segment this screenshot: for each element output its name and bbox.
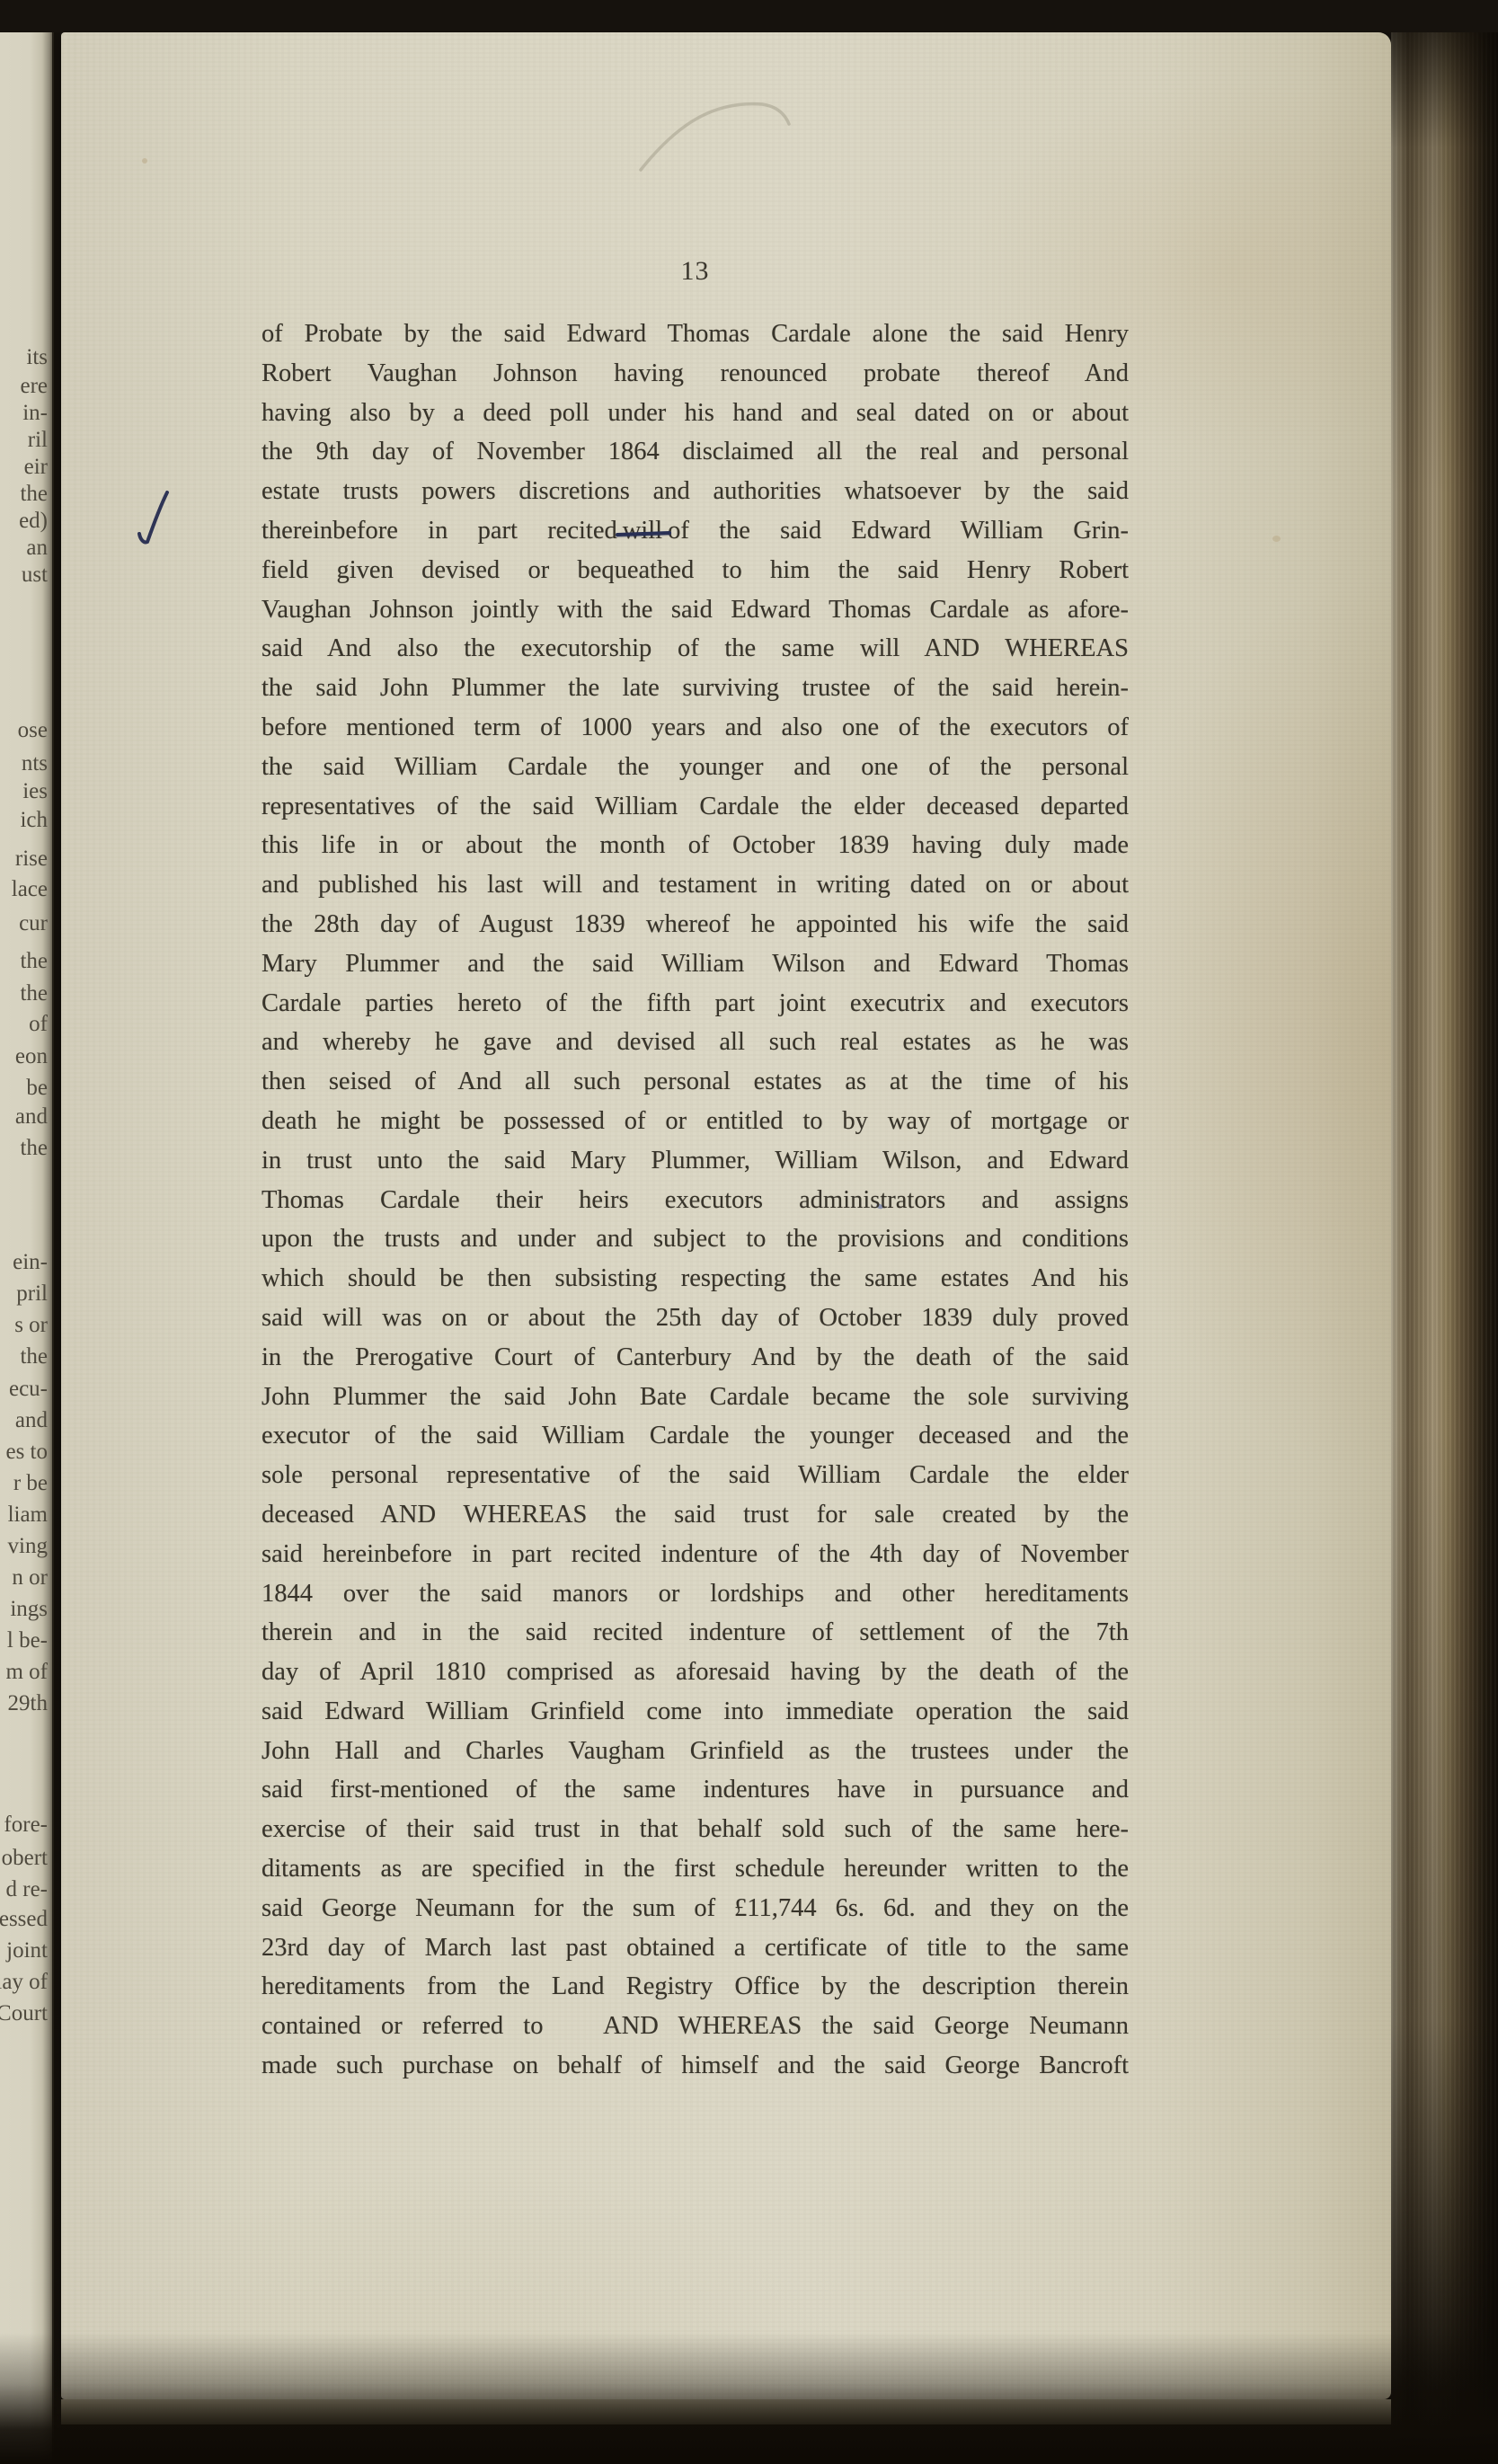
text-line: Mary Plummer and the said William Wilson… [261, 944, 1129, 984]
text-line: field given devised or bequeathed to him… [261, 551, 1129, 590]
margin-fragment: ecu- [9, 1378, 48, 1400]
foxing-dot [142, 158, 147, 164]
margin-fragment: cur [19, 912, 48, 935]
margin-fragment: n or [12, 1566, 48, 1589]
text-line: of Probate by the said Edward Thomas Car… [261, 315, 1129, 354]
text-line: said will was on or about the 25th day o… [261, 1298, 1129, 1338]
margin-fragment: lace [12, 878, 48, 900]
margin-fragment: its [26, 346, 48, 368]
text-line: this life in or about the month of Octob… [261, 826, 1129, 865]
text-line: before mentioned term of 1000 years and … [261, 708, 1129, 748]
text-line: sole personal representative of the said… [261, 1456, 1129, 1495]
text-line: Vaughan Johnson jointly with the said Ed… [261, 590, 1129, 630]
text-line: therein and in the said recited indentur… [261, 1613, 1129, 1653]
text-line: ditaments as are specified in the first … [261, 1849, 1129, 1889]
text-line: said Edward William Grinfield come into … [261, 1692, 1129, 1732]
text-line: John Plummer the said John Bate Cardale … [261, 1378, 1129, 1417]
margin-fragment: lay of [0, 1971, 48, 1993]
text-line: Robert Vaughan Johnson having renounced … [261, 354, 1129, 394]
text-line: day of April 1810 comprised as aforesaid… [261, 1653, 1129, 1692]
text-line: the 28th day of August 1839 whereof he a… [261, 905, 1129, 944]
margin-fragment: rise [15, 847, 48, 870]
margin-fragment: d re- [6, 1878, 49, 1901]
checkmark-ink-mark [135, 489, 174, 554]
text-line: Cardale parties hereto of the fifth part… [261, 984, 1129, 1024]
margin-fragment: the [20, 950, 48, 972]
margin-fragment: nts [22, 752, 48, 775]
text-line: death he might be possessed of or entitl… [261, 1102, 1129, 1141]
margin-fragment: ose [18, 719, 48, 741]
margin-fragment: the [20, 1345, 48, 1368]
margin-fragment: fore- [4, 1813, 48, 1836]
text-line: John Hall and Charles Vaugham Grinfield … [261, 1732, 1129, 1771]
page-number: 13 [261, 255, 1129, 288]
margin-fragment: and [15, 1409, 48, 1431]
margin-fragment: joint [6, 1939, 48, 1962]
text-line: hereditaments from the Land Registry Off… [261, 1967, 1129, 2007]
text-line: Thomas Cardale their heirs executors adm… [261, 1181, 1129, 1220]
text-line: said hereinbefore in part recited indent… [261, 1535, 1129, 1574]
margin-fragment: l be- [7, 1629, 48, 1652]
margin-fragment: essed [0, 1908, 48, 1930]
book-scan: { "document": { "page_number": "13", "ma… [0, 0, 1498, 2464]
text-line: in trust unto the said Mary Plummer, Wil… [261, 1141, 1129, 1181]
text-line: said George Neumann for the sum of £11,7… [261, 1889, 1129, 1928]
text-line: the 9th day of November 1864 disclaimed … [261, 432, 1129, 472]
margin-fragment: of [29, 1013, 48, 1035]
text-line: 1844 over the said manors or lordships a… [261, 1574, 1129, 1614]
text-line: then seised of And all such personal est… [261, 1062, 1129, 1102]
margin-fragment: Court [0, 2002, 48, 2025]
text-line: estate trusts powers discretions and aut… [261, 472, 1129, 511]
text-line: executor of the said William Cardale the… [261, 1416, 1129, 1456]
margin-fragment: liam [8, 1503, 48, 1526]
struck-word: will [623, 511, 662, 551]
body-text: of Probate by the said Edward Thomas Car… [261, 315, 1129, 2086]
text-line: which should be then subsisting respecti… [261, 1259, 1129, 1298]
margin-fragment: an [26, 536, 48, 559]
leaf-bottom-edge [61, 2399, 1391, 2424]
text-line: made such purchase on behalf of himself … [261, 2046, 1129, 2086]
text-line: the said William Cardale the younger and… [261, 748, 1129, 787]
margin-fragment: ving [8, 1535, 48, 1557]
margin-fragment: m of [5, 1661, 48, 1683]
margin-fragment: eir [24, 456, 48, 478]
text-line: 23rd day of March last past obtained a c… [261, 1928, 1129, 1968]
margin-fragment: eon [15, 1045, 48, 1068]
margin-fragment: the [20, 1137, 48, 1159]
text-line: said And also the executorship of the sa… [261, 629, 1129, 669]
margin-fragment: ed) [19, 510, 48, 532]
text-line: having also by a deed poll under his han… [261, 394, 1129, 433]
margin-fragment: ein- [13, 1251, 48, 1273]
margin-fragment: ings [10, 1598, 48, 1620]
margin-fragment: the [20, 982, 48, 1005]
foxing-dot [1272, 536, 1281, 542]
margin-fragment: ies [22, 780, 48, 802]
margin-fragment: in- [22, 402, 48, 424]
margin-fragment: s or [14, 1314, 48, 1336]
margin-fragment: ere [20, 375, 48, 397]
right-page-edges [1391, 0, 1498, 2464]
text-line: contained or referred to AND WHEREAS the… [261, 2007, 1129, 2046]
text-line: said first-mentioned of the same indentu… [261, 1770, 1129, 1810]
text-line: and whereby he gave and devised all such… [261, 1023, 1129, 1062]
text-line: representatives of the said William Card… [261, 787, 1129, 827]
margin-fragment: obert [2, 1847, 48, 1869]
text-line: the said John Plummer the late surviving… [261, 669, 1129, 708]
scanned-page: 13 of Probate by the said Edward Thomas … [61, 32, 1391, 2399]
margin-fragment: be [26, 1077, 48, 1099]
text-line: upon the trusts and under and subject to… [261, 1219, 1129, 1259]
margin-fragment: the [20, 483, 48, 505]
margin-fragment: ust [22, 563, 48, 586]
pencil-squiggle [627, 84, 807, 183]
text-line: and published his last will and testamen… [261, 865, 1129, 905]
text-line: deceased AND WHEREAS the said trust for … [261, 1495, 1129, 1535]
text-line: in the Prerogative Court of Canterbury A… [261, 1338, 1129, 1378]
margin-fragment: es to [5, 1440, 48, 1463]
margin-fragment: and [15, 1105, 48, 1128]
margin-fragment: ich [20, 809, 48, 831]
top-shadow [0, 0, 1498, 32]
margin-fragment: r be [13, 1472, 48, 1494]
margin-fragment: ril [28, 429, 48, 451]
margin-fragment: 29th [8, 1692, 48, 1715]
margin-fragment: pril [16, 1282, 48, 1305]
text-line: exercise of their said trust in that beh… [261, 1810, 1129, 1849]
left-page-edge-strip: itserein-rileirtheed)anustosentsiesichri… [0, 5, 54, 2464]
text-line: thereinbefore in part recitedwillof the … [261, 511, 1129, 551]
